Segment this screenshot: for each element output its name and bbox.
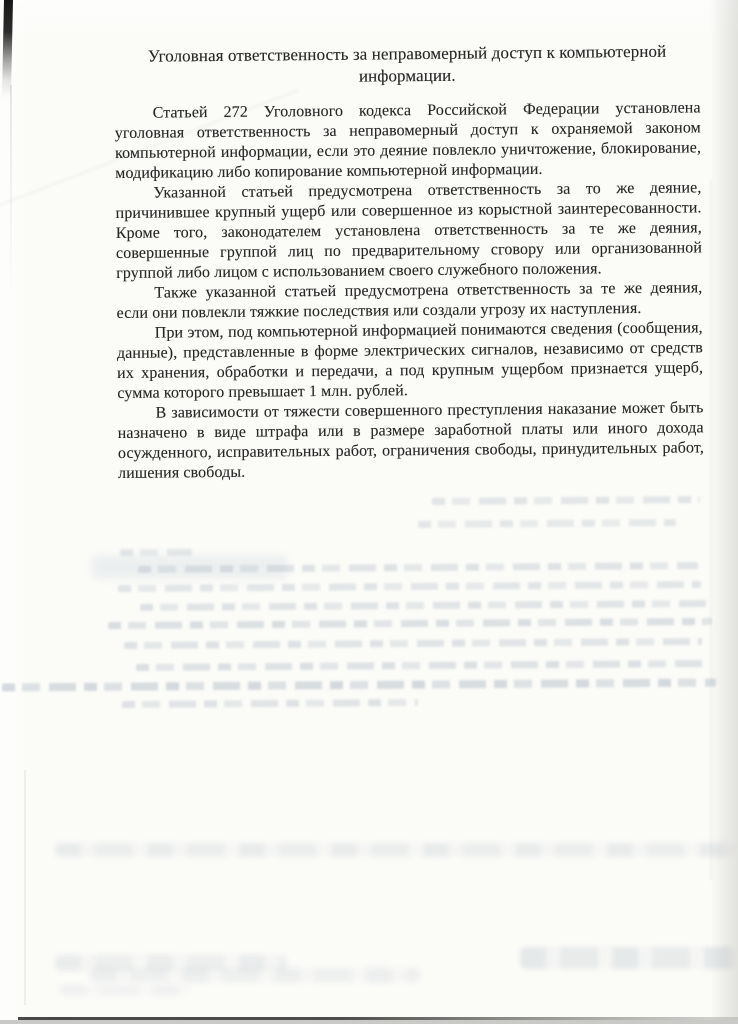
paper-fold-right-line bbox=[710, 180, 712, 880]
bleed-through-line bbox=[120, 549, 192, 557]
bleed-through-smudge bbox=[520, 947, 736, 969]
scan-edge-bottom-strip bbox=[0, 1020, 738, 1024]
scanned-page: Уголовная ответственность за неправомерн… bbox=[0, 0, 738, 1024]
bleed-through-smudge bbox=[60, 985, 190, 995]
paper-edge-left-line-lower bbox=[24, 770, 26, 1005]
document-title: Уголовная ответственность за неправомерн… bbox=[114, 40, 700, 90]
bleed-through-line bbox=[118, 581, 701, 592]
bleed-through-line bbox=[432, 496, 700, 505]
document-paragraph-1: Статьей 272 Уголовного кодекса Российско… bbox=[115, 98, 702, 184]
document-paragraph-4: При этом, под компьютерной информацией п… bbox=[117, 318, 704, 404]
paper-edge-right-shadow bbox=[710, 0, 738, 1024]
bleed-through-line bbox=[136, 660, 710, 671]
bleed-through-line bbox=[122, 699, 418, 708]
document-paragraph-5: В зависимости от тяжести совершенного пр… bbox=[117, 398, 704, 484]
bleed-through-line bbox=[108, 618, 712, 629]
bleed-through-line bbox=[140, 600, 708, 611]
document-content: Уголовная ответственность за неправомерн… bbox=[114, 40, 704, 484]
bleed-through-line bbox=[418, 519, 676, 528]
bleed-through-smudge bbox=[90, 968, 420, 982]
document-paragraph-3: Также указанной статьей предусмотрена от… bbox=[116, 278, 702, 324]
document-paragraph-2: Указанной статьей предусмотрена ответств… bbox=[115, 178, 702, 284]
paper-edge-left-line bbox=[10, 85, 12, 300]
scan-edge-top-left bbox=[2, 0, 13, 98]
bleed-through-line bbox=[2, 679, 716, 692]
bleed-through-line bbox=[124, 638, 702, 649]
bleed-through-smudge bbox=[55, 843, 735, 857]
